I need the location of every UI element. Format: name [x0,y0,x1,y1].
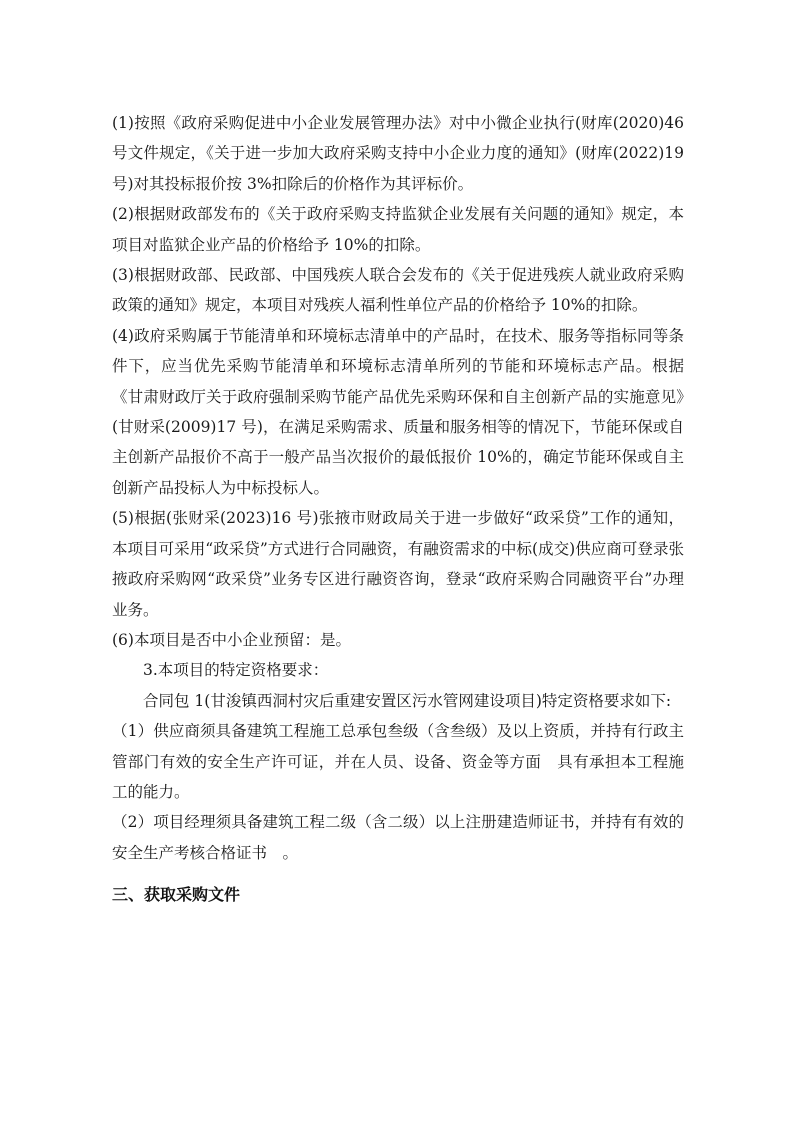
paragraph-energy-saving-priority: (4)政府采购属于节能清单和环境标志清单中的产品时，在技术、服务等指标同等条件下… [112,321,684,503]
paragraph-requirement-1: （1）供应商须具备建筑工程施工总承包叁级（含叁级）及以上资质，并持有行政主管部门… [112,716,684,807]
paragraph-specific-qualification-title: 3.本项目的特定资格要求： [112,655,684,685]
paragraph-disabled-welfare-discount: (3)根据财政部、民政部、中国残疾人联合会发布的《关于促进残疾人就业政府采购政策… [112,260,684,321]
paragraph-procurement-loan: (5)根据(张财采(2023)16 号)张掖市财政局关于进一步做好“政采贷”工作… [112,503,684,625]
document-page: (1)按照《政府采购促进中小企业发展管理办法》对中小微企业执行(财库(2020)… [112,108,684,926]
paragraph-prison-enterprise-discount: (2)根据财政部发布的《关于政府采购支持监狱企业发展有关问题的通知》规定，本项目… [112,199,684,260]
section-heading: 三、获取采购文件 [112,880,684,910]
paragraph-sme-reserved: (6)本项目是否中小企业预留：是。 [112,625,684,655]
paragraph-sme-discount: (1)按照《政府采购促进中小企业发展管理办法》对中小微企业执行(财库(2020)… [112,108,684,199]
paragraph-contract-package-1: 合同包 1(甘浚镇西洞村灾后重建安置区污水管网建设项目)特定资格要求如下: [112,686,684,716]
paragraph-requirement-2: （2）项目经理须具备建筑工程二级（含二级）以上注册建造师证书，并持有有效的安全生… [112,807,684,868]
